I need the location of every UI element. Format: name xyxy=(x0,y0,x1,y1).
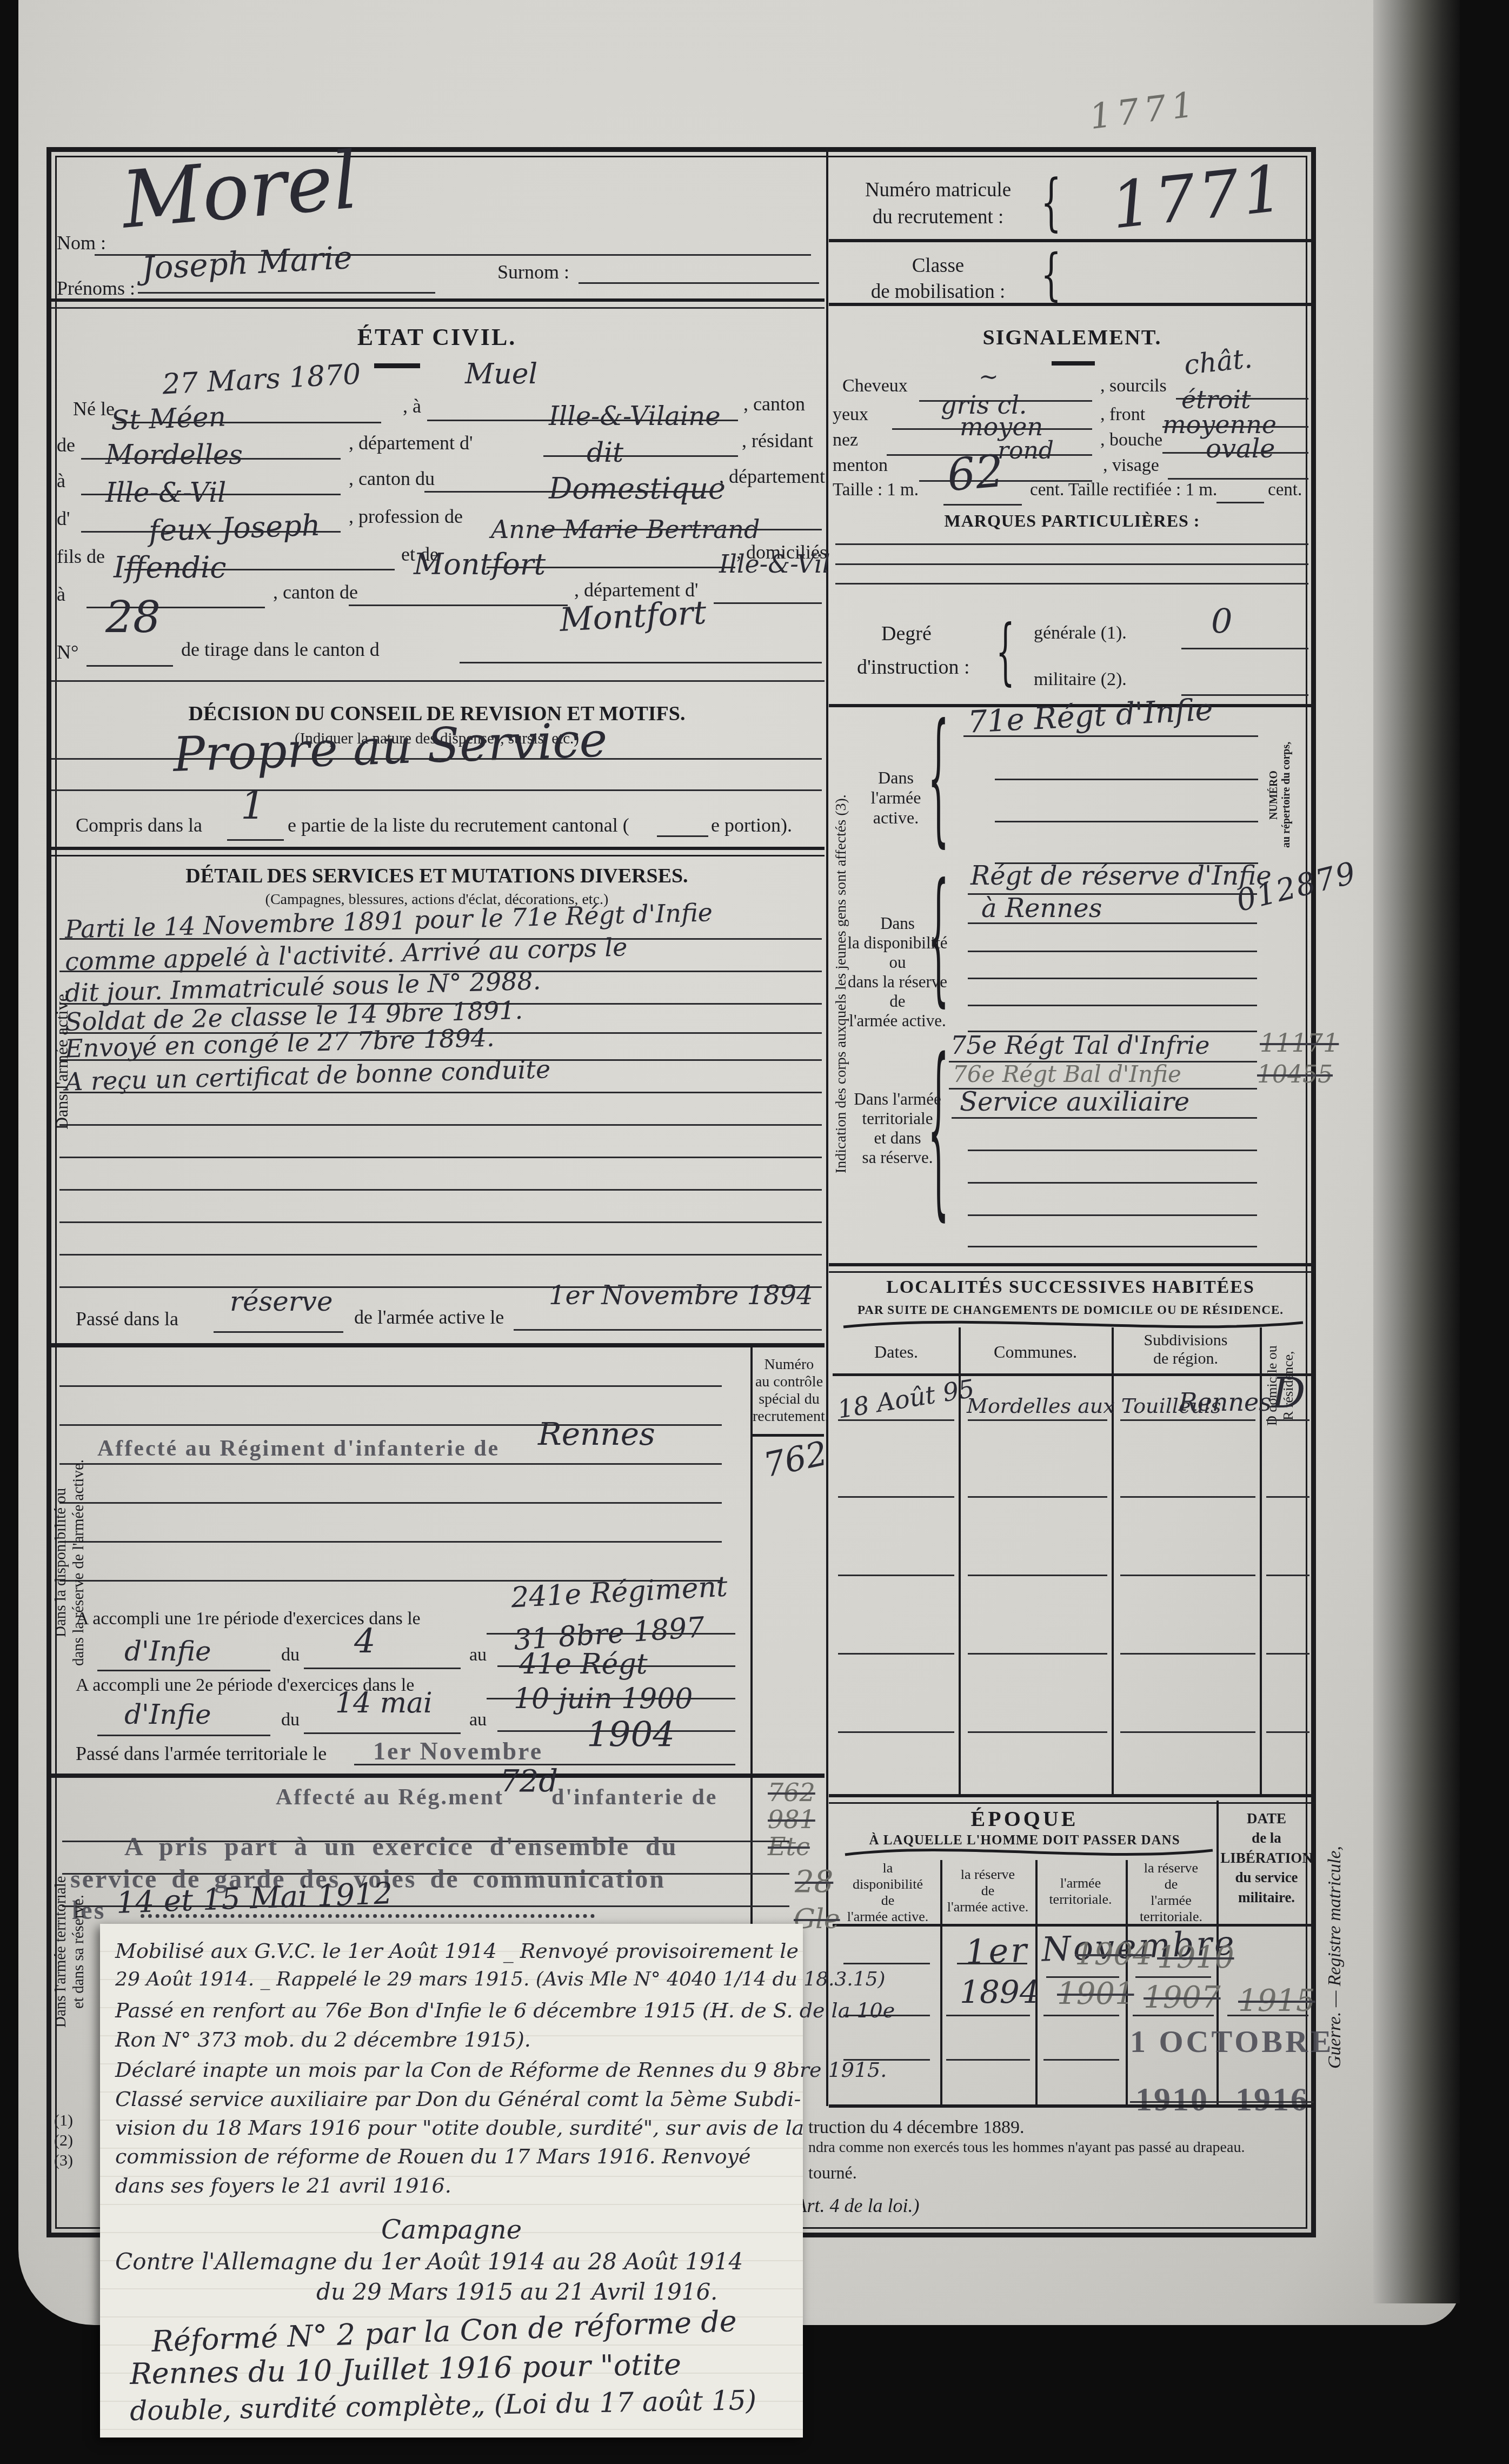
crossed-number: 981 xyxy=(768,1805,815,1834)
rule xyxy=(304,1668,461,1669)
label: , département d' xyxy=(349,431,473,454)
tirage-canton: Montfort xyxy=(559,594,707,639)
rule xyxy=(51,307,825,309)
rule xyxy=(1266,1653,1309,1655)
rule xyxy=(968,1419,1107,1421)
periode2-infie: d'Infie xyxy=(124,1699,211,1730)
col-communes: Communes. xyxy=(960,1342,1111,1362)
passe-territoriale-annee: 1904 xyxy=(587,1715,675,1755)
yeux-label: yeux xyxy=(833,404,868,425)
rule xyxy=(829,1263,1315,1273)
rule xyxy=(833,1924,1314,1927)
rule xyxy=(995,821,1258,822)
rule xyxy=(829,2104,1315,2108)
label: , à xyxy=(403,395,421,417)
rule xyxy=(51,758,822,760)
footnote-f1: truction du 4 décembre 1889. xyxy=(808,2117,1024,2138)
rule xyxy=(59,1502,722,1504)
rule xyxy=(968,1214,1257,1216)
periode2-corps: 41e Régt xyxy=(519,1648,648,1681)
label: , résidant xyxy=(742,429,813,452)
degre-generale-label: générale (1). xyxy=(1034,623,1127,643)
campagne-line: du 29 Mars 1915 au 21 Avril 1916. xyxy=(316,2279,717,2305)
compris-value: 1 xyxy=(241,783,265,828)
rule xyxy=(51,298,825,302)
passe-reserve-label-b: de l'armée active le xyxy=(354,1306,504,1329)
label: , canton xyxy=(743,393,805,415)
degre-label-2: d'instruction : xyxy=(857,655,969,679)
stamp-affecte-regiment: Affecté au Régiment d'infanterie de xyxy=(97,1436,500,1462)
passe-reserve-label-a: Passé dans la xyxy=(76,1307,178,1330)
taille-rectifiee-label: cent. Taille rectifiée : 1 m. xyxy=(1030,480,1217,500)
footnote-f3: tourné. xyxy=(808,2163,857,2183)
registre-margin: Guerre. — Registre matricule, xyxy=(1325,1779,1349,2136)
footnote-n3: (3) xyxy=(54,2151,73,2170)
rule xyxy=(943,504,1022,506)
epoque-1894: 1894 xyxy=(960,1974,1040,2010)
rule xyxy=(838,1496,954,1498)
cheveux-label: Cheveux xyxy=(842,376,908,396)
label-du: du xyxy=(281,1710,300,1730)
epoque-col3: l'armée territoriale. xyxy=(1035,1875,1126,1908)
label: Né le xyxy=(73,397,115,420)
rule xyxy=(835,543,1308,545)
affecte-ville: Rennes xyxy=(538,1416,655,1452)
rule xyxy=(946,2015,1030,2016)
footnote-n1: (1) xyxy=(54,2111,73,2130)
epoque-date-header: DATE de la LIBÉRATION du service militai… xyxy=(1219,1809,1314,1907)
territoriale-number-1: 11171 xyxy=(1260,1028,1339,1058)
rule xyxy=(87,665,173,667)
campagne-line: Contre l'Allemagne du 1er Août 1914 au 2… xyxy=(115,2248,743,2275)
rule xyxy=(1181,648,1308,649)
rule xyxy=(1120,1731,1255,1733)
sourcils-label: , sourcils xyxy=(1100,376,1167,396)
compris-label-c: e portion). xyxy=(711,814,792,836)
periode2-fin: 10 juin 1900 xyxy=(514,1683,693,1715)
campagne-title: Campagne xyxy=(100,2215,803,2245)
rule xyxy=(995,779,1258,780)
tirage-label: de tirage dans le canton d xyxy=(181,638,380,661)
epoque-col1: la disponibilité de l'armée active. xyxy=(835,1860,940,1925)
menton-label: menton xyxy=(833,455,888,476)
rule xyxy=(1130,2101,1314,2103)
territoriale-number-2: 10455 xyxy=(1257,1061,1333,1088)
rule xyxy=(374,363,420,368)
rule xyxy=(51,1774,825,1778)
rule xyxy=(829,1794,1315,1804)
epoque-col4: la réserve de l'armée territoriale. xyxy=(1126,1860,1216,1925)
rule xyxy=(138,292,435,294)
profession: Domestique xyxy=(549,471,726,506)
rule xyxy=(968,1150,1257,1151)
rule xyxy=(1266,1575,1309,1576)
rule xyxy=(1135,1976,1211,1978)
note-line: Passé en renfort au 76e Bon d'Infie le 6… xyxy=(115,1998,895,2022)
rule xyxy=(968,1496,1107,1498)
epoque-title: ÉPOQUE xyxy=(835,1806,1214,1831)
marques-label: MARQUES PARTICULIÈRES : xyxy=(829,511,1315,531)
reserve-corps-2: à Rennes xyxy=(981,893,1102,924)
rule xyxy=(97,1735,270,1736)
label: fils de xyxy=(57,545,105,568)
crossed-number: Etc xyxy=(768,1832,810,1861)
classe-label-line1: Classe xyxy=(838,254,1038,277)
parents-canton: Montfort xyxy=(414,547,546,581)
passe-territoriale-label: Passé dans l'armée territoriale le xyxy=(76,1742,327,1765)
services-title: DÉTAIL DES SERVICES ET MUTATIONS DIVERSE… xyxy=(48,864,826,888)
rule xyxy=(835,563,1308,565)
column-divider xyxy=(826,147,828,2106)
rule xyxy=(460,662,822,663)
compris-label-b: e partie de la liste du recrutement cant… xyxy=(288,814,629,836)
note-line: Classé service auxiliaire par Don du Gén… xyxy=(115,2087,801,2111)
territoriale-corps-2: 76e Régt Bal d'Infie xyxy=(953,1061,1181,1087)
rule xyxy=(59,1189,822,1191)
brace: { xyxy=(1041,172,1061,234)
rule xyxy=(97,1670,270,1671)
rule xyxy=(1216,502,1264,503)
rule xyxy=(1120,1496,1255,1498)
rule xyxy=(963,735,1258,737)
rule xyxy=(214,1331,343,1333)
rule xyxy=(838,1419,954,1421)
armee-active-margin: Dans l'armée active. xyxy=(52,854,74,1265)
rule xyxy=(968,1575,1107,1576)
rule xyxy=(51,680,825,682)
residence-commune: Mordelles xyxy=(105,439,243,470)
classe-label-line2: de mobilisation : xyxy=(838,280,1038,303)
periode2-debut: 14 mai xyxy=(335,1687,433,1719)
rule xyxy=(968,1246,1257,1247)
crossed-number: 28 xyxy=(795,1864,833,1900)
epoque-1907-crossed: 1907 xyxy=(1144,1980,1221,2015)
rule xyxy=(1052,361,1095,366)
label-au: au xyxy=(469,1710,487,1730)
rule xyxy=(59,1221,822,1223)
rule xyxy=(51,847,825,856)
rule xyxy=(1120,1575,1255,1576)
rule xyxy=(59,1092,822,1093)
label: , canton de xyxy=(273,581,358,603)
residence-canton: dit xyxy=(587,437,623,468)
taille-value: 62 xyxy=(945,446,1006,502)
rule xyxy=(1120,1419,1255,1421)
rule xyxy=(833,1373,1314,1376)
matricule-label-line1: Numéro matricule xyxy=(838,178,1038,202)
label-du: du xyxy=(281,1645,300,1665)
rule xyxy=(952,1117,1257,1119)
label: de xyxy=(57,434,75,456)
pasted-note: Mobilisé aux G.V.C. le 1er Août 1914 _ R… xyxy=(100,1924,803,2438)
rule xyxy=(1266,1496,1309,1498)
nez-label: nez xyxy=(833,430,858,450)
rule xyxy=(1227,2015,1308,2016)
parents-commune: Iffendic xyxy=(114,550,226,585)
rule xyxy=(1266,1419,1309,1421)
compris-label-a: Compris dans la xyxy=(76,814,202,836)
rule xyxy=(543,455,738,457)
rule xyxy=(59,1124,822,1126)
localite-dr: D xyxy=(1272,1369,1306,1418)
brace: { xyxy=(1041,248,1061,303)
territoriale-margin: Dans l'armée territoriale et dans sa rés… xyxy=(52,1784,92,2120)
taille-label: Taille : 1 m. xyxy=(833,480,919,500)
nom-label: Nom : xyxy=(57,231,106,254)
rule xyxy=(829,239,1315,242)
note-line: vision du 18 Mars 1916 pour "otite doubl… xyxy=(115,2116,804,2140)
footnote-n2: (2) xyxy=(54,2131,73,2150)
epoque-1910-crossed: 1910 xyxy=(1157,1940,1234,1975)
rule xyxy=(968,1653,1107,1655)
tirage-no-label: N° xyxy=(57,641,78,663)
rule xyxy=(946,2059,1030,2061)
rule xyxy=(657,835,708,837)
rule xyxy=(1043,2059,1119,2061)
rule xyxy=(1266,1731,1309,1733)
armee-active-label: Dans l'armée active. xyxy=(850,768,942,828)
birth-canton: St Méen xyxy=(110,401,227,436)
note-line: Mobilisé aux G.V.C. le 1er Août 1914 _ R… xyxy=(115,1939,799,1963)
brace-flourish xyxy=(841,1318,1306,1332)
footnote-f2: ndra comme non exercés tous les hommes n… xyxy=(808,2139,1245,2156)
rule xyxy=(968,1005,1257,1006)
rule xyxy=(59,1385,722,1387)
stamp-1910: 1910 xyxy=(1135,2081,1209,2119)
numero-repertoire-label: NUMÉRO au répertoire du corps, xyxy=(1268,714,1300,876)
book-page-edges xyxy=(1373,0,1460,2303)
rule xyxy=(968,1731,1107,1733)
territoriale-label: Dans l'armée territoriale et dans sa rés… xyxy=(843,1090,952,1167)
rule xyxy=(714,602,822,604)
degre-generale-value: 0 xyxy=(1211,601,1232,641)
rule xyxy=(1120,1653,1255,1655)
rule xyxy=(514,1329,822,1331)
father-name: feux Joseph xyxy=(148,508,321,548)
stamp-underline xyxy=(141,1914,595,1918)
brace: { xyxy=(996,616,1015,688)
epoque-1901-crossed: 1901 xyxy=(1057,1976,1134,2011)
rule xyxy=(1043,2015,1119,2016)
stamp-affecte2-a: Affecté au Rég.ment xyxy=(276,1784,504,1810)
rule xyxy=(968,951,1257,952)
parents-departement: Ille-&-Vil xyxy=(719,549,830,579)
rule xyxy=(838,1653,954,1655)
rule xyxy=(968,922,1257,924)
label-au: au xyxy=(469,1645,487,1665)
passe-reserve-date: 1er Novembre 1894 xyxy=(549,1280,813,1311)
rule xyxy=(579,282,819,284)
visage-value: ovale xyxy=(1206,434,1275,464)
service-auxiliaire: Service auxiliaire xyxy=(960,1087,1189,1117)
stamp-1916: 1916 xyxy=(1235,2081,1309,2119)
rule xyxy=(59,1254,822,1256)
note-line: Ron N° 373 mob. du 2 décembre 1915). xyxy=(115,2028,531,2051)
rule xyxy=(835,583,1308,585)
note-line: commission de réforme de Rouen du 17 Mar… xyxy=(115,2144,750,2168)
brace-flourish xyxy=(842,1847,1215,1859)
rule xyxy=(1168,478,1308,480)
label: à xyxy=(57,469,65,492)
rule xyxy=(957,1963,1027,1964)
stamp-garde-1: A pris part à un exercice d'ensemble du xyxy=(124,1832,677,1862)
stamp-1er-novembre: 1er Novembre xyxy=(373,1737,543,1765)
degre-label-1: Degré xyxy=(881,622,932,646)
etat-civil-title: ÉTAT CIVIL. xyxy=(48,323,826,351)
periode1-infie: d'Infie xyxy=(124,1636,211,1667)
rule xyxy=(59,1463,722,1465)
periode1-jour: 4 xyxy=(354,1621,375,1661)
rule xyxy=(843,1963,930,1964)
controle-label: Numéro au contrôle spécial du recrutemen… xyxy=(753,1356,826,1425)
rule xyxy=(304,1732,461,1734)
scanned-register-page: { "page": { "pencil_top": "1771" }, "hea… xyxy=(0,0,1509,2464)
epoque-subtitle: À LAQUELLE L'HOMME DOIT PASSER DANS xyxy=(835,1833,1214,1848)
tirage-number: 28 xyxy=(105,592,161,642)
matricule-label-line2: du recrutement : xyxy=(838,205,1038,229)
rule xyxy=(968,1182,1257,1184)
bouche-label: , bouche xyxy=(1100,430,1162,450)
cent-label: cent. xyxy=(1268,480,1302,500)
rule xyxy=(1133,2015,1214,2016)
rule xyxy=(968,978,1257,979)
label: d' xyxy=(57,507,70,530)
territoriale-corps-1: 75e Régt Tal d'Infrie xyxy=(950,1031,1210,1060)
label: , canton du xyxy=(349,467,435,490)
label: à xyxy=(57,583,65,606)
rule xyxy=(59,1157,822,1158)
menton-value: rond xyxy=(998,437,1054,464)
label: , département xyxy=(719,465,825,488)
reserve-corps-1: Régt de réserve d'Infie xyxy=(970,861,1272,891)
note-line: 29 Août 1914. _ Rappelé le 29 mars 1915.… xyxy=(115,1968,886,1990)
mother-name: Anne Marie Bertrand xyxy=(491,515,760,544)
birth-place: Muel xyxy=(465,358,537,390)
surnom-label: Surnom : xyxy=(497,261,569,283)
visage-label: , visage xyxy=(1103,455,1159,476)
stamp-affecte2-b: d'infanterie de xyxy=(551,1784,717,1810)
crossed-number: 762 xyxy=(768,1778,815,1807)
label: , profession de xyxy=(349,505,463,528)
affecte2-numero: 72d xyxy=(500,1764,558,1799)
epoque-1904-crossed: 1904 xyxy=(1075,1937,1152,1972)
residence-departement: Ille-&-Vil xyxy=(105,477,226,508)
stamp-1-octobre: 1 OCTOBRE xyxy=(1130,2023,1334,2060)
note-line: Déclaré inapte un mois par la Con de Réf… xyxy=(115,2058,887,2082)
note-line: dans ses foyers le 21 avril 1916. xyxy=(115,2174,451,2197)
rule xyxy=(838,1575,954,1576)
front-label: , front xyxy=(1100,404,1145,425)
rule xyxy=(227,839,284,841)
degre-militaire-label: militaire (2). xyxy=(1034,669,1127,690)
prenoms-label: Prénoms : xyxy=(57,277,135,300)
rule xyxy=(51,1343,825,1347)
cheveux-value: ~ xyxy=(979,363,999,391)
disponibilite-margin: Dans la disponibilité ou dans la réserve… xyxy=(52,1354,92,1771)
rule xyxy=(829,303,1315,306)
birth-departement: Ille-&-Vilaine xyxy=(549,401,721,431)
passe-reserve-value: réserve xyxy=(230,1286,333,1317)
rule xyxy=(59,1541,722,1543)
localite-subdivision: Rennes xyxy=(1179,1387,1272,1417)
localites-subtitle: PAR SUITE DE CHANGEMENTS DE DOMICILE OU … xyxy=(833,1303,1308,1317)
epoque-1915-crossed: 1915 xyxy=(1238,1983,1315,2018)
epoque-col2: la réserve de l'armée active. xyxy=(940,1867,1035,1915)
rule xyxy=(349,605,568,606)
rule xyxy=(838,1731,954,1733)
localites-title: LOCALITÉS SUCCESSIVES HABITÉES xyxy=(833,1277,1308,1298)
reforme-line: double, surdité complète„ (Loi du 17 aoû… xyxy=(130,2385,757,2427)
rule xyxy=(51,789,822,791)
col-subdivisions: Subdivisions de région. xyxy=(1113,1331,1259,1368)
disponibilite-label: Dans la disponibilité ou dans la réserve… xyxy=(843,914,952,1031)
col-dates: Dates. xyxy=(835,1342,957,1362)
